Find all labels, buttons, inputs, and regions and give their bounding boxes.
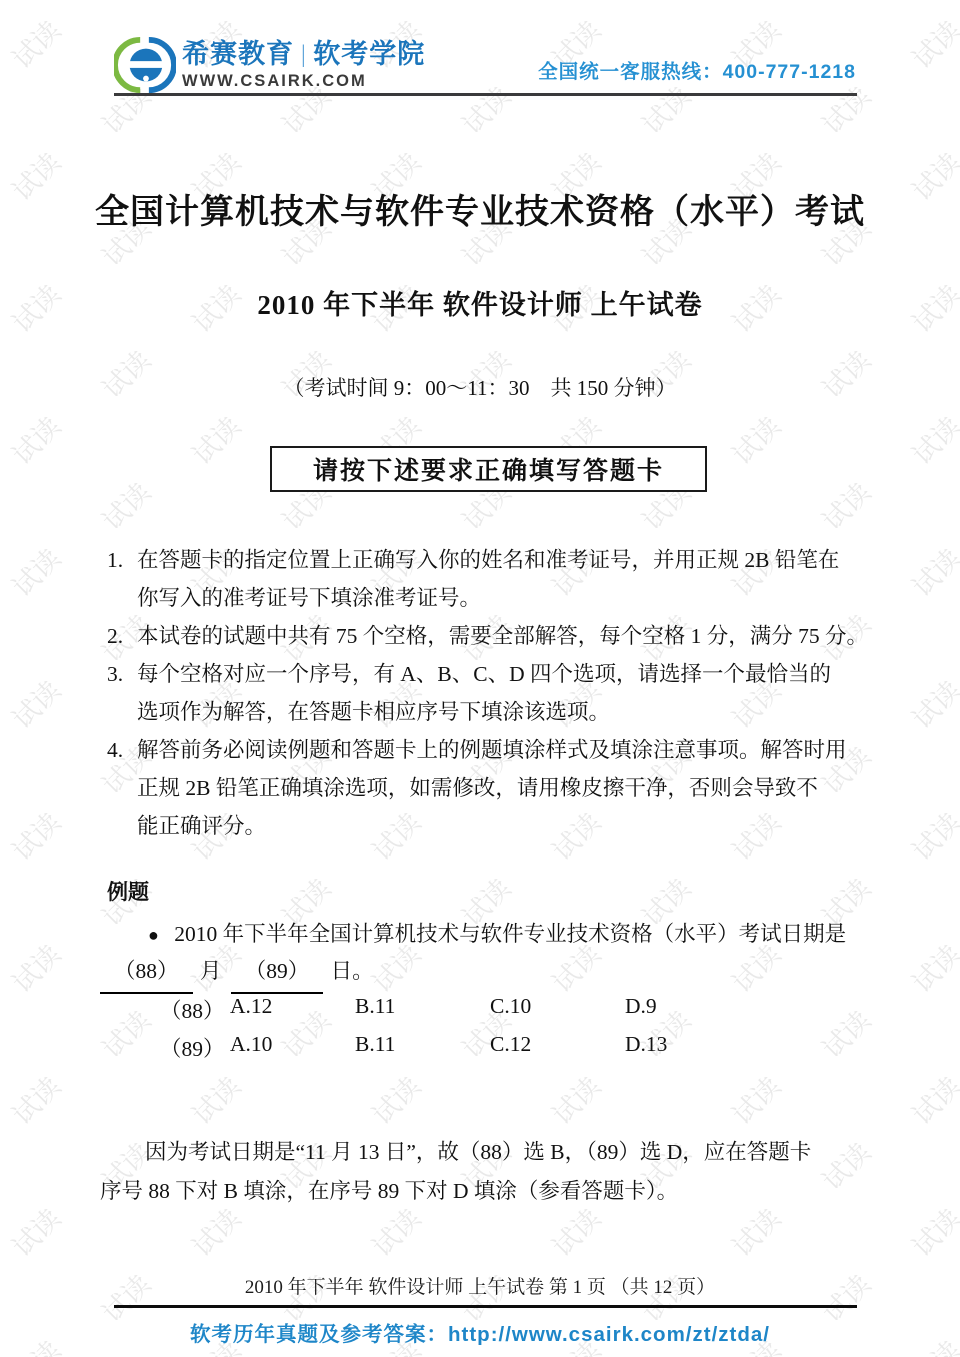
option-row-88: （88） A.12 B.11 C.10 D.9 (160, 994, 657, 1025)
option-choice-d: D.9 (625, 994, 657, 1025)
site-logo: 希赛教育 | 软考学院 WWW.CSAIRK.COM (114, 36, 425, 94)
instruction-line: 能正确评分。 (137, 807, 875, 845)
option-choice-c: C.12 (490, 1032, 625, 1063)
header-divider (114, 93, 857, 96)
logo-e-icon (114, 36, 176, 94)
option-label: （88） (160, 994, 230, 1025)
logo-website: WWW.CSAIRK.COM (182, 72, 425, 90)
logo-brand-right: 软考学院 (313, 40, 425, 70)
notice-box: 请按下述要求正确填写答题卡 (270, 446, 707, 492)
answer-blank-89: （89） (231, 952, 324, 994)
example-question-line1: ● 2010 年下半年全国计算机技术与软件专业技术资格（水平）考试日期是 (148, 917, 846, 948)
instruction-line: 解答前务必阅读例题和答题卡上的例题填涂样式及填涂注意事项。解答时用 (137, 731, 875, 769)
exam-time-note: （考试时间 9：00～11：30 共 150 分钟） (0, 372, 960, 402)
instructions-list: 1. 在答题卡的指定位置上正确写入你的姓名和准考证号，并用正规 2B 铅笔在 你… (107, 541, 875, 845)
option-label: （89） (160, 1032, 230, 1063)
exam-subtitle: 2010 年下半年 软件设计师 上午试卷 (0, 283, 960, 322)
footer-page-info: 2010 年下半年 软件设计师 上午试卷 第 1 页 （共 12 页） (0, 1272, 960, 1299)
exam-title: 全国计算机技术与软件专业技术资格（水平）考试 (0, 184, 960, 233)
exam-paper-page: 试读 试读 希赛教育 | 软考学院 WWW.CSAIRK.COM (0, 0, 960, 1357)
logo-text: 希赛教育 | 软考学院 WWW.CSAIRK.COM (182, 40, 425, 90)
instruction-number: 1. (107, 541, 137, 617)
logo-separator: | (301, 42, 305, 68)
instruction-text: 每个空格对应一个序号，有 A、B、C、D 四个选项，请选择一个最恰当的 选项作为… (137, 655, 875, 731)
example-question-text: 2010 年下半年全国计算机技术与软件专业技术资格（水平）考试日期是 (174, 922, 846, 946)
example-question-line2: （88） 月 （89） 日。 (100, 952, 378, 994)
instruction-number: 2. (107, 617, 137, 655)
instruction-line: 在答题卡的指定位置上正确写入你的姓名和准考证号，并用正规 2B 铅笔在 (137, 541, 875, 579)
blank-mid-text: 月 (198, 952, 226, 992)
instruction-item-1: 1. 在答题卡的指定位置上正确写入你的姓名和准考证号，并用正规 2B 铅笔在 你… (107, 541, 875, 617)
bullet-icon: ● (148, 925, 159, 945)
option-choice-b: B.11 (355, 1032, 490, 1063)
instruction-text: 在答题卡的指定位置上正确写入你的姓名和准考证号，并用正规 2B 铅笔在 你写入的… (137, 541, 875, 617)
instruction-item-3: 3. 每个空格对应一个序号，有 A、B、C、D 四个选项，请选择一个最恰当的 选… (107, 655, 875, 731)
instruction-text: 本试卷的试题中共有 75 个空格，需要全部解答，每个空格 1 分，满分 75 分… (137, 617, 875, 655)
footer-answers-link[interactable]: 软考历年真题及参考答案：http://www.csairk.com/zt/ztd… (0, 1317, 960, 1347)
instruction-line: 你写入的准考证号下填涂准考证号。 (137, 579, 875, 617)
logo-brand: 希赛教育 | 软考学院 (182, 40, 425, 70)
instruction-line: 本试卷的试题中共有 75 个空格，需要全部解答，每个空格 1 分，满分 75 分… (137, 617, 875, 655)
instruction-number: 4. (107, 731, 137, 845)
instruction-text: 解答前务必阅读例题和答题卡上的例题填涂样式及填涂注意事项。解答时用 正规 2B … (137, 731, 875, 845)
answer-blank-88: （88） (100, 952, 193, 994)
instruction-line: 正规 2B 铅笔正确填涂选项，如需修改，请用橡皮擦干净，否则会导致不 (137, 769, 875, 807)
blank-tail-text: 日。 (329, 952, 378, 992)
service-hotline: 全国统一客服热线：400-777-1218 (538, 56, 856, 84)
option-choice-b: B.11 (355, 994, 490, 1025)
example-heading: 例题 (107, 876, 149, 906)
option-choice-a: A.12 (230, 994, 355, 1025)
notice-box-text: 请按下述要求正确填写答题卡 (313, 451, 664, 487)
option-choice-c: C.10 (490, 994, 625, 1025)
instruction-item-2: 2. 本试卷的试题中共有 75 个空格，需要全部解答，每个空格 1 分，满分 7… (107, 617, 875, 655)
option-row-89: （89） A.10 B.11 C.12 D.13 (160, 1032, 667, 1063)
page-content: 希赛教育 | 软考学院 WWW.CSAIRK.COM 全国统一客服热线：400-… (0, 0, 960, 1357)
instruction-line: 选项作为解答，在答题卡相应序号下填涂该选项。 (137, 693, 875, 731)
example-explanation: 因为考试日期是“11 月 13 日”，故（88）选 B，（89）选 D，应在答题… (100, 1133, 878, 1211)
logo-brand-left: 希赛教育 (182, 40, 294, 70)
explanation-line: 因为考试日期是“11 月 13 日”，故（88）选 B，（89）选 D，应在答题… (100, 1133, 878, 1172)
instruction-item-4: 4. 解答前务必阅读例题和答题卡上的例题填涂样式及填涂注意事项。解答时用 正规 … (107, 731, 875, 845)
instruction-line: 每个空格对应一个序号，有 A、B、C、D 四个选项，请选择一个最恰当的 (137, 655, 875, 693)
option-choice-d: D.13 (625, 1032, 667, 1063)
explanation-line: 序号 88 下对 B 填涂，在序号 89 下对 D 填涂（参看答题卡）。 (100, 1172, 878, 1211)
option-choice-a: A.10 (230, 1032, 355, 1063)
footer-divider (114, 1305, 857, 1308)
instruction-number: 3. (107, 655, 137, 731)
